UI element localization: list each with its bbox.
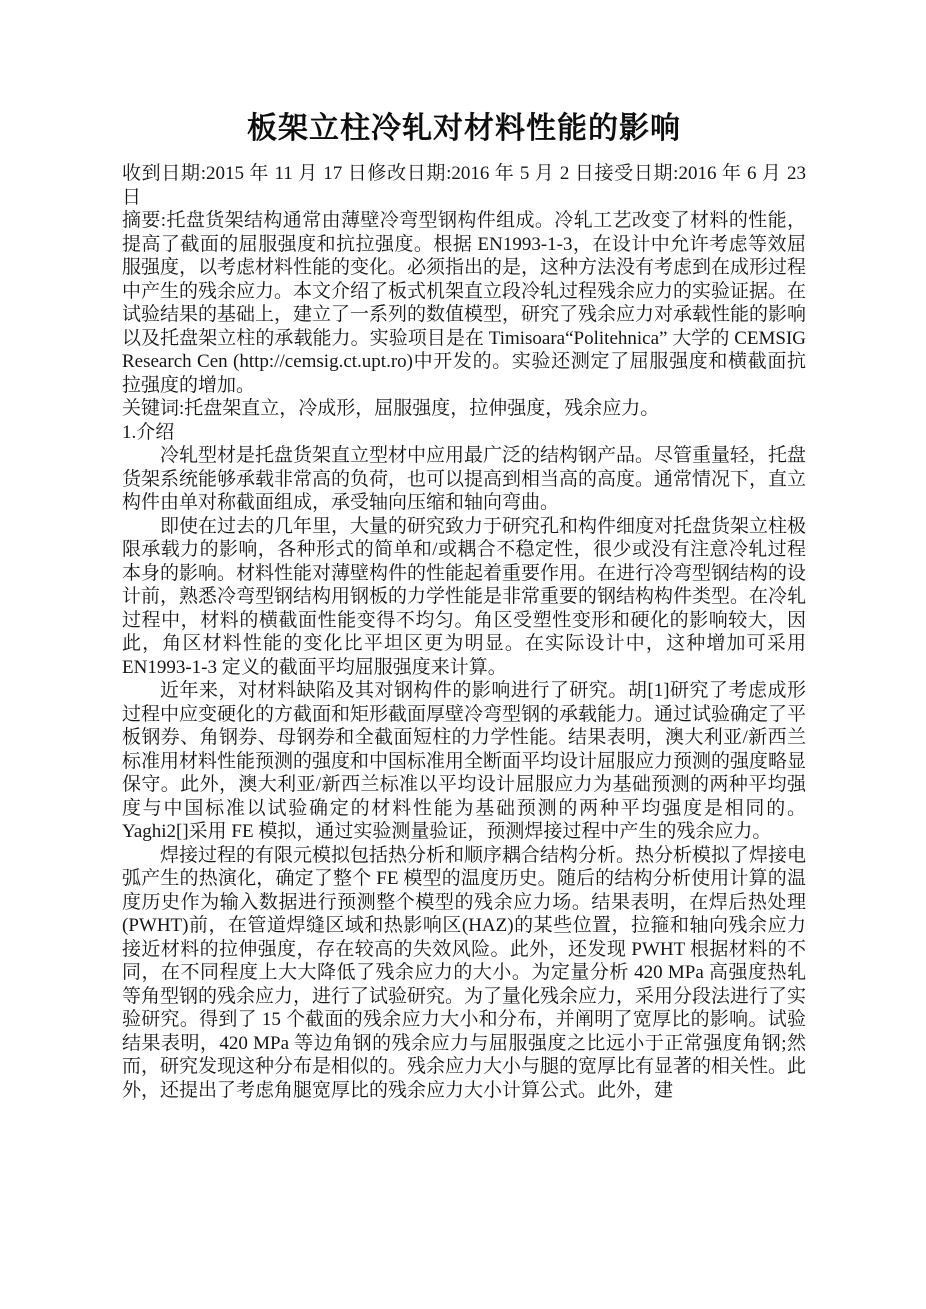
document-body: 收到日期:2015 年 11 月 17 日修改日期:2016 年 5 月 2 日… [122,162,806,1102]
intro-paragraph-3: 近年来，对材料缺陷及其对钢构件的影响进行了研究。胡[1]研究了考虑成形过程中应变… [122,679,806,844]
section-heading-introduction: 1.介绍 [122,421,806,445]
document-title: 板架立柱冷轧对材料性能的影响 [122,106,806,152]
intro-paragraph-1: 冷轧型材是托盘货架直立型材中应用最广泛的结构钢产品。尽管重量轻，托盘货架系统能够… [122,444,806,515]
document-page: 板架立柱冷轧对材料性能的影响 收到日期:2015 年 11 月 17 日修改日期… [0,0,926,1309]
keywords-line: 关键词:托盘架直立，冷成形，屈服强度，拉伸强度，残余应力。 [122,397,806,421]
dates-line: 收到日期:2015 年 11 月 17 日修改日期:2016 年 5 月 2 日… [122,162,806,209]
abstract-paragraph: 摘要:托盘货架结构通常由薄壁冷弯型钢构件组成。冷轧工艺改变了材料的性能，提高了截… [122,209,806,397]
intro-paragraph-2: 即使在过去的几年里，大量的研究致力于研究孔和构件细度对托盘货架立柱极限承载力的影… [122,515,806,680]
intro-paragraph-4: 焊接过程的有限元模拟包括热分析和顺序耦合结构分析。热分析模拟了焊接电弧产生的热演… [122,844,806,1103]
